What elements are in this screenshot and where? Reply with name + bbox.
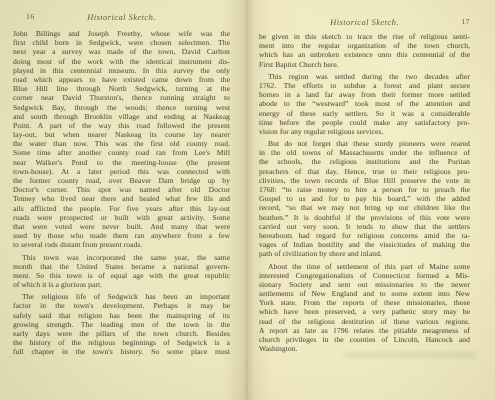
- text-line: First Baptist Church here.: [259, 60, 470, 69]
- text-line: homes in a land far away from their form…: [259, 90, 470, 99]
- paragraph: The religious life of Sedgwick has been …: [13, 292, 230, 356]
- text-line: the schools, the religious institutions …: [259, 157, 470, 166]
- text-line: Sedgwick Bay, through the woods; thence …: [13, 103, 230, 112]
- paragraph: About the time of settlement of this par…: [259, 262, 470, 354]
- text-line: early days were the pillars of the town …: [13, 329, 230, 338]
- text-line: Doctor's corner. This spot was named aft…: [13, 185, 230, 194]
- text-line: road which appears to have existed came …: [13, 75, 230, 84]
- text-line: sionary Society and sent out missionarie…: [259, 280, 470, 289]
- text-line: doing most of the work with the identica…: [13, 57, 230, 66]
- paragraph: But do not forget that these sturdy pion…: [259, 139, 470, 258]
- text-line: read of the religious destitution of the…: [259, 317, 470, 326]
- text-line: and south through Brooklin village and e…: [13, 112, 230, 121]
- text-line: lay-out, but when nearer Naskeag its cou…: [13, 130, 230, 139]
- text-line: of which it is a glorious part.: [13, 280, 230, 289]
- text-line: carried out very soon. It tends to show …: [259, 222, 470, 231]
- text-line: the water than now. This was the first o…: [13, 139, 230, 148]
- text-line: John Billings and Joseph Freethy, whose …: [13, 29, 230, 38]
- text-line: the former county road, over Beaver Dam …: [13, 176, 230, 185]
- text-line: 1762. The efforts to subdue a forest and…: [259, 81, 470, 90]
- text-line: A report as late as 1796 relates the pit…: [259, 326, 470, 335]
- text-line: clivities, the town records of Blue Hill…: [259, 176, 470, 185]
- paragraph: be given in this sketch to trace the ris…: [259, 32, 470, 69]
- text-line: next year a survey was made of the town,…: [13, 47, 230, 56]
- text-line: the history of the religious beginnings …: [13, 338, 230, 347]
- ink-showthrough-smudge: [344, 351, 476, 359]
- text-line: that were voted were never built. And ma…: [13, 222, 230, 231]
- text-line: Some time after another county road ran …: [13, 148, 230, 157]
- paragraph: John Billings and Joseph Freethy, whose …: [13, 29, 230, 250]
- page-number: 16: [26, 12, 35, 22]
- text-line: vision for any regular religious service…: [259, 127, 470, 136]
- text-line: Tenney who lived near there and healed w…: [13, 194, 230, 203]
- text-line: About the time of settlement of this par…: [259, 262, 470, 271]
- text-line: preachers of that day. Hence, true to th…: [259, 167, 470, 176]
- running-head: Historical Sketch.: [259, 17, 470, 27]
- text-line: be given in this sketch to trace the ris…: [259, 32, 470, 41]
- text-line: Point. A part of the way this road follo…: [13, 121, 230, 130]
- text-line: hereabouts had regard for religious conc…: [259, 231, 470, 240]
- text-line: safely said that religion has been the m…: [13, 311, 230, 320]
- text-line: growing strength. The leading men of the…: [13, 320, 230, 329]
- text-line: record, “so that we may not bring up our…: [259, 203, 470, 212]
- text-line: interested Congregationalists of Connect…: [259, 271, 470, 280]
- running-head: Historical Sketch.: [13, 12, 230, 22]
- text-line: town-house). At a later period this was …: [13, 167, 230, 176]
- text-line: 1768: “to raise money to hire a person f…: [259, 185, 470, 194]
- text-line: Gospel to us and for to pay his board,” …: [259, 194, 470, 203]
- text-line: played in this centennial museum. In thi…: [13, 66, 230, 75]
- text-line: Blue Hill line through North Sedgwick, t…: [13, 84, 230, 93]
- body-text-right: be given in this sketch to trace the ris…: [259, 32, 470, 353]
- text-line: month that the United States became a na…: [13, 262, 230, 271]
- text-line: York state. From the reports of these mi…: [259, 298, 470, 307]
- text-line: in the old towns of Massachusetts under …: [259, 148, 470, 157]
- text-line: church privileges in the counties of Lin…: [259, 335, 470, 344]
- text-line: This town was incorporated the same year…: [13, 253, 230, 262]
- text-line: ails afflicted the people. For five year…: [13, 204, 230, 213]
- page-header-left: 16 Historical Sketch.: [13, 12, 230, 22]
- body-text-left: John Billings and Joseph Freethy, whose …: [13, 29, 230, 357]
- text-line: heathen.” It is doubtful if the provisio…: [259, 213, 470, 222]
- text-line: roads were prospected or built with grea…: [13, 213, 230, 222]
- text-line: time before the people could make any sa…: [259, 118, 470, 127]
- text-line: The religious life of Sedgwick has been …: [13, 292, 230, 301]
- page-number: 17: [461, 17, 470, 27]
- text-line: which have been preserved, a very pathet…: [259, 307, 470, 316]
- page-left: 16 Historical Sketch. John Billings and …: [0, 0, 243, 400]
- page-gutter-shadow: [246, 0, 248, 400]
- paragraph: This region was settled during the two d…: [259, 72, 470, 136]
- text-line: used by those who made them ran anywhere…: [13, 231, 230, 240]
- text-line: But do not forget that these sturdy pion…: [259, 139, 470, 148]
- text-line: to several rods distant from present roa…: [13, 240, 230, 249]
- text-line: which has an unbroken existence unto thi…: [259, 50, 470, 59]
- text-line: ment. So this town is of equal age with …: [13, 271, 230, 280]
- text-line: full chapter in the town's history. So s…: [13, 347, 230, 356]
- text-line: This region was settled during the two d…: [259, 72, 470, 81]
- text-line: path of civilization by shore and inland…: [259, 249, 470, 258]
- page-right: 17 Historical Sketch. be given in this s…: [252, 0, 495, 400]
- paragraph: This town was incorporated the same year…: [13, 253, 230, 290]
- page-header-right: 17 Historical Sketch.: [259, 17, 470, 27]
- text-line: abode to the “westward” took most of the…: [259, 99, 470, 108]
- text-line: factor in the town's development. Perhap…: [13, 301, 230, 310]
- text-line: settlements of New England and to some e…: [259, 289, 470, 298]
- text-line: corner near David Thurston's, thence run…: [13, 93, 230, 102]
- text-line: near Walker's Pond to the meeting-house …: [13, 158, 230, 167]
- text-line: vages of Indian hostility and the vissic…: [259, 240, 470, 249]
- text-line: ment into the regular organization of th…: [259, 41, 470, 50]
- book-spread: 16 Historical Sketch. John Billings and …: [0, 0, 495, 400]
- text-line: energy of these early settlers. So it wa…: [259, 109, 470, 118]
- text-line: first child born in Sedgwick, were chose…: [13, 38, 230, 47]
